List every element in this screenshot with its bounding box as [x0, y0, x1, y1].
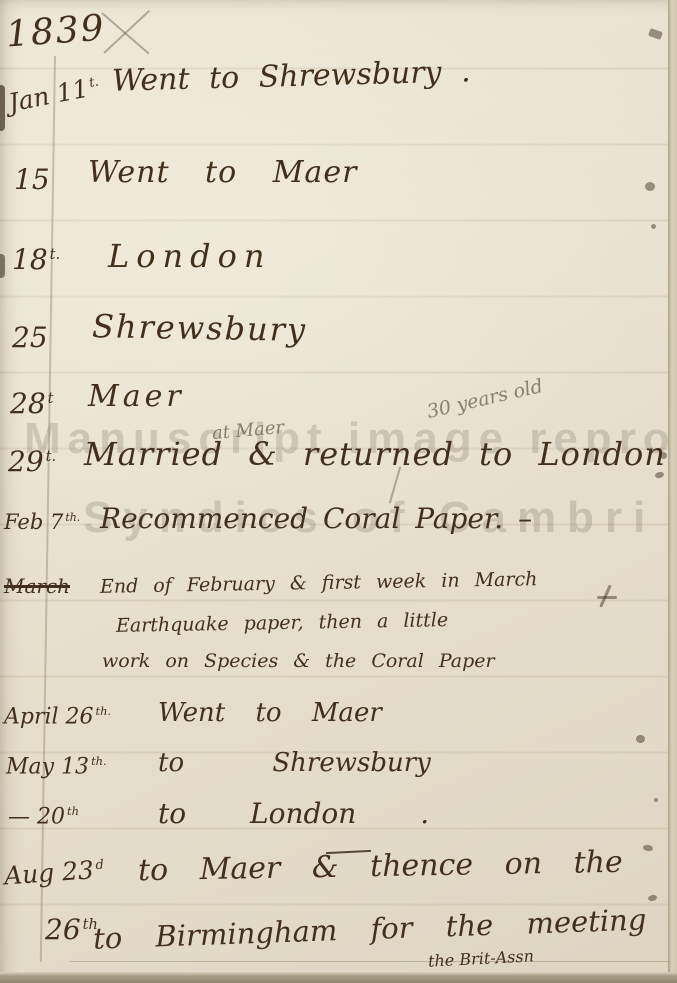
ink-speck — [636, 735, 645, 743]
entry-text-london: London — [108, 240, 271, 272]
entry-text-to-shrewsbury: to Shrewsbury — [158, 750, 431, 776]
ink-blot-left-edge — [0, 85, 5, 131]
year-heading: 1839 — [5, 11, 107, 54]
ink-speck — [654, 798, 658, 802]
ink-speck — [645, 182, 655, 191]
entry-date-aug-23: Aug 23d — [3, 857, 105, 889]
february-note-line-1: End of February & first week in March — [100, 570, 538, 597]
entry-date-25: 25 — [12, 324, 50, 352]
brit-assoc-footnote: the Brit-Assn — [428, 948, 535, 970]
entry-text-to-london: to London . — [158, 800, 429, 828]
entry-text-birmingham: to Birmingham for the meeting of — [93, 903, 677, 953]
page-bottom-edge — [0, 972, 677, 983]
entry-date-feb-7: Feb 7th. — [4, 512, 80, 533]
entry-text-went-to-maer: Went to Maer — [88, 158, 357, 188]
manuscript-page: Manuscript image repro Syndics of Cambri… — [0, 0, 677, 983]
entry-date-jan-11: Jan 11t. — [6, 73, 101, 115]
entry-date-28: 28t — [10, 390, 54, 418]
entry-date-18: 18t. — [12, 246, 60, 274]
february-note-line-3: work on Species & the Coral Paper — [102, 652, 495, 671]
entry-date-may-20: — 20th — [8, 806, 79, 828]
entry-text-married: Married & returned to London . — [84, 438, 677, 470]
entry-text-shrewsbury: Shrewsbury — [92, 310, 308, 346]
entry-text-to-maer-thence: to Maer & thence on the — [138, 848, 623, 886]
ink-speck — [654, 471, 664, 479]
page-right-edge — [668, 0, 677, 983]
february-note-line-2: Earthquake paper, then a little — [116, 611, 448, 636]
ink-speck — [660, 452, 667, 459]
ink-speck — [647, 894, 657, 902]
entry-text-april-went-to-maer: Went to Maer — [158, 700, 382, 726]
entry-date-aug-26: 26th — [45, 916, 98, 944]
entry-text-coral-paper: Recommenced Coral Paper. – — [100, 505, 532, 533]
ink-speck — [643, 844, 654, 852]
ink-blot-left-edge — [0, 254, 5, 278]
page-bottom-crease — [70, 961, 670, 962]
ink-speck — [651, 224, 656, 229]
entry-date-29: 29t. — [8, 448, 56, 476]
entry-date-15: 15 — [14, 166, 52, 194]
entry-date-april-26: April 26th. — [4, 706, 111, 728]
entry-text-maer: Maer — [88, 382, 185, 412]
entry-date-may-13: May 13th. — [6, 756, 107, 778]
entry-text-went-to-shrewsbury: Went to Shrewsbury . — [112, 57, 471, 96]
ink-speck — [648, 28, 663, 40]
struck-margin-word-march: March — [4, 576, 70, 596]
ink-speck — [597, 596, 617, 599]
